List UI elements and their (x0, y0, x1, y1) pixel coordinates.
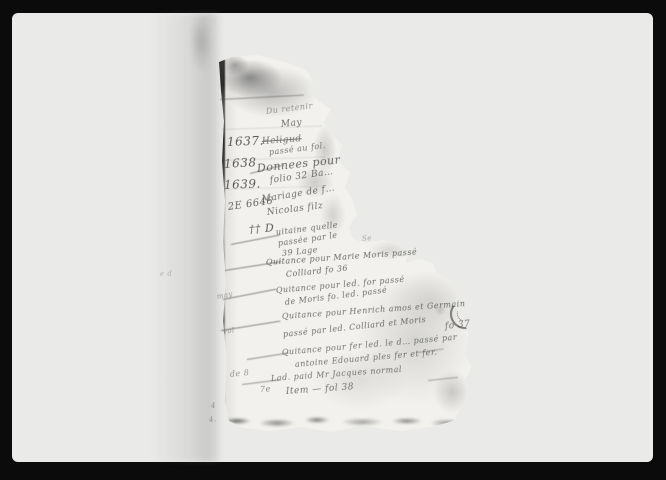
torn-bottom-edge (222, 413, 468, 429)
gutter-shadow-top (186, 13, 216, 85)
scan-frame: Du retenirMayHeligudpassé au fol.Donnees… (0, 0, 666, 480)
